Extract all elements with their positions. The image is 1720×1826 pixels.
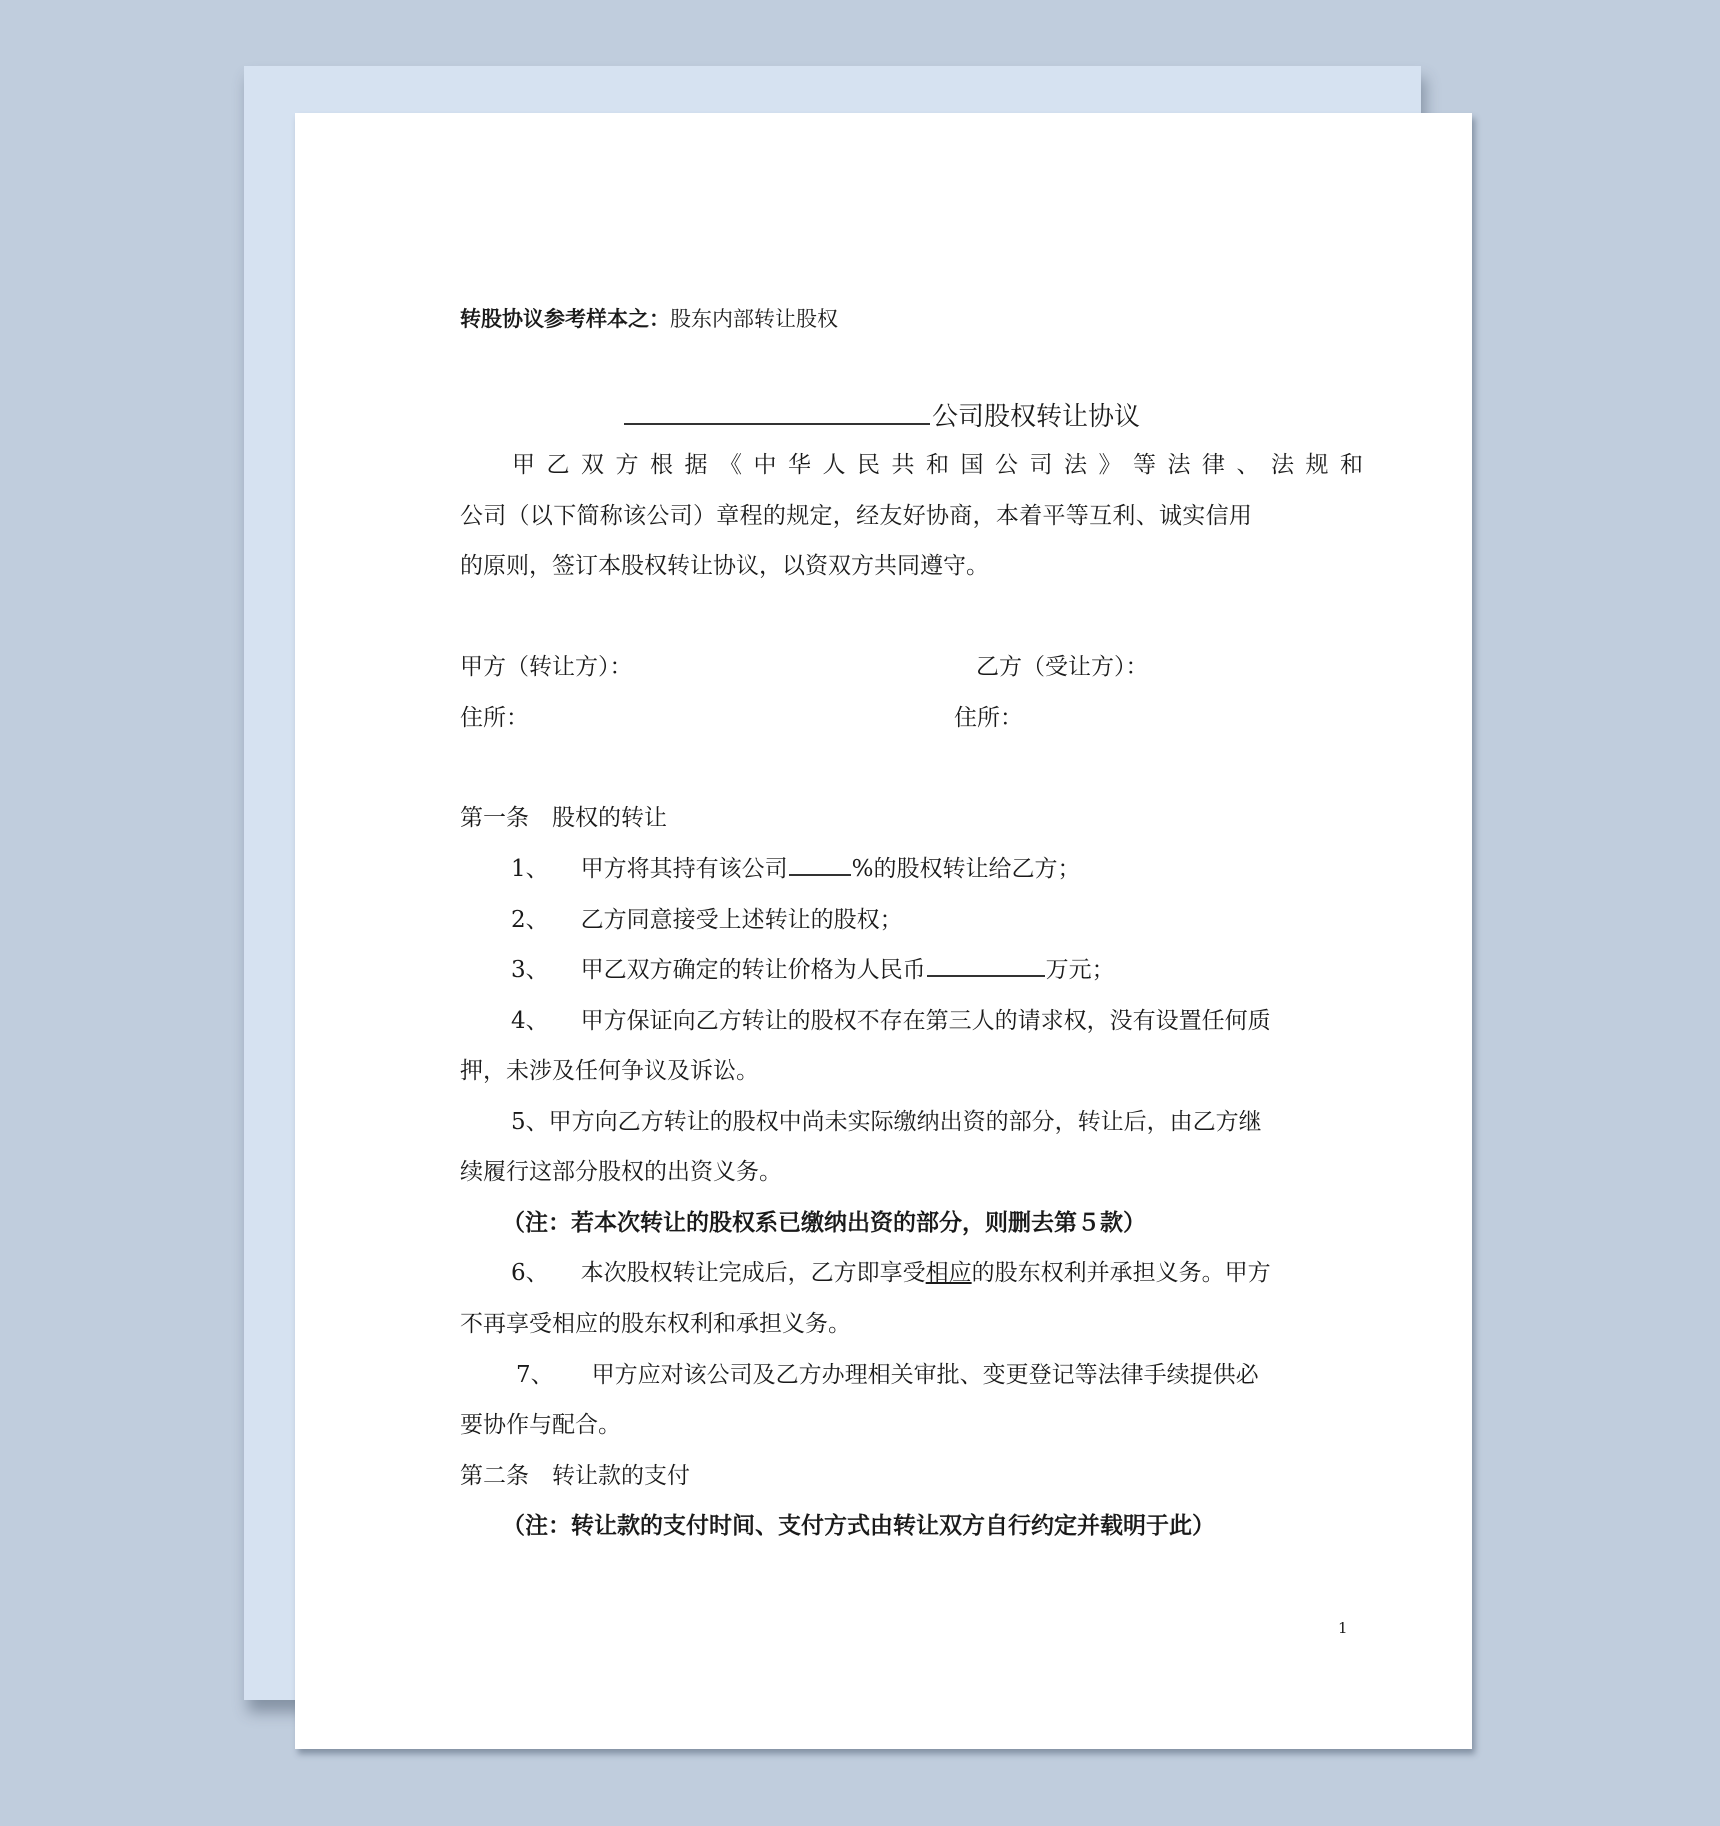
clause-4-line-2: 押，未涉及任何争议及诉讼。 [460,1052,759,1085]
party-b-label: 乙方（受让方）： [976,648,1149,681]
page-number: 1 [1338,1619,1348,1637]
clause-text: 的股东权利并承担义务。甲方 [972,1260,1271,1286]
subtitle-bold: 转股协议参考样本之： [460,307,670,331]
subtitle-regular: 股东内部转让股权 [670,307,838,331]
document-title: 公司股权转让协议 [624,396,1140,433]
document-page: 转股协议参考样本之：股东内部转让股权 公司股权转让协议 甲乙双方根据《中华人民共… [295,113,1472,1749]
article-1-heading: 第一条 股权的转让 [460,799,667,832]
clause-text: 甲方应对该公司及乙方办理相关审批、变更登记等法律手续提供必 [592,1362,1259,1388]
intro-line-3: 的原则，签订本股权转让协议，以资双方共同遵守。 [460,547,989,580]
clause-4-line-1: 4、甲方保证向乙方转让的股权不存在第三人的请求权，没有设置任何质 [511,1002,1271,1035]
clause-6-line-2: 不再享受相应的股东权利和承担义务。 [460,1305,851,1338]
clause-1: 1、甲方将其持有该公司%的股权转让给乙方； [511,850,1081,883]
article-1-note: （注：若本次转让的股权系已缴纳出资的部分，则删去第５款） [502,1204,1146,1237]
clause-number: 3、 [511,957,549,983]
clause-text: 甲方保证向乙方转让的股权不存在第三人的请求权，没有设置任何质 [581,1008,1271,1034]
clause-5-line-1: 5、甲方向乙方转让的股权中尚未实际缴纳出资的部分，转让后，由乙方继 [511,1103,1262,1136]
clause-text: 本次股权转让完成后，乙方即享受 [581,1260,926,1286]
price-blank[interactable] [927,955,1045,977]
intro-line-2: 公司（以下简称该公司）章程的规定，经友好协商，本着平等互利、诚实信用 [460,497,1252,530]
article-2-note: （注：转让款的支付时间、支付方式由转让双方自行约定并载明于此） [502,1507,1215,1540]
company-name-blank[interactable] [624,399,930,425]
address-a-label: 住所： [460,699,529,732]
clause-text: 甲乙双方确定的转让价格为人民币 [581,957,926,983]
clause-text: 乙方同意接受上述转让的股权； [581,907,903,933]
article-2-heading: 第二条 转让款的支付 [460,1457,690,1490]
clause-text: %的股权转让给乙方； [852,856,1081,882]
clause-6-line-1: 6、本次股权转让完成后，乙方即享受相应的股东权利并承担义务。甲方 [511,1254,1271,1287]
clause-text: 甲方将其持有该公司 [581,856,788,882]
clause-text: 甲方向乙方转让的股权中尚未实际缴纳出资的部分，转让后，由乙方继 [549,1109,1262,1135]
clause-7-line-2: 要协作与配合。 [460,1406,621,1439]
party-a-label: 甲方（转让方）： [460,648,633,681]
address-b-label: 住所： [954,699,1023,732]
clause-number: 2、 [511,907,549,933]
document-subtitle: 转股协议参考样本之：股东内部转让股权 [460,303,838,333]
clause-number: 4、 [511,1008,549,1034]
clause-text: 万元； [1046,957,1115,983]
clause-7-line-1: 7、甲方应对该公司及乙方办理相关审批、变更登记等法律手续提供必 [516,1356,1259,1389]
clause-number: 5、 [511,1109,549,1135]
intro-line-1: 甲乙双方根据《中华人民共和国公司法》等法律、法规和 [512,446,1375,479]
clause-number: 6、 [511,1260,549,1286]
clause-number: 1、 [511,856,549,882]
underlined-text: 相应 [926,1260,972,1286]
title-text: 公司股权转让协议 [932,402,1140,432]
clause-3: 3、甲乙双方确定的转让价格为人民币万元； [511,951,1115,984]
clause-number: 7、 [516,1362,554,1388]
percentage-blank[interactable] [789,854,851,876]
clause-2: 2、乙方同意接受上述转让的股权； [511,901,903,934]
clause-5-line-2: 续履行这部分股权的出资义务。 [460,1153,782,1186]
